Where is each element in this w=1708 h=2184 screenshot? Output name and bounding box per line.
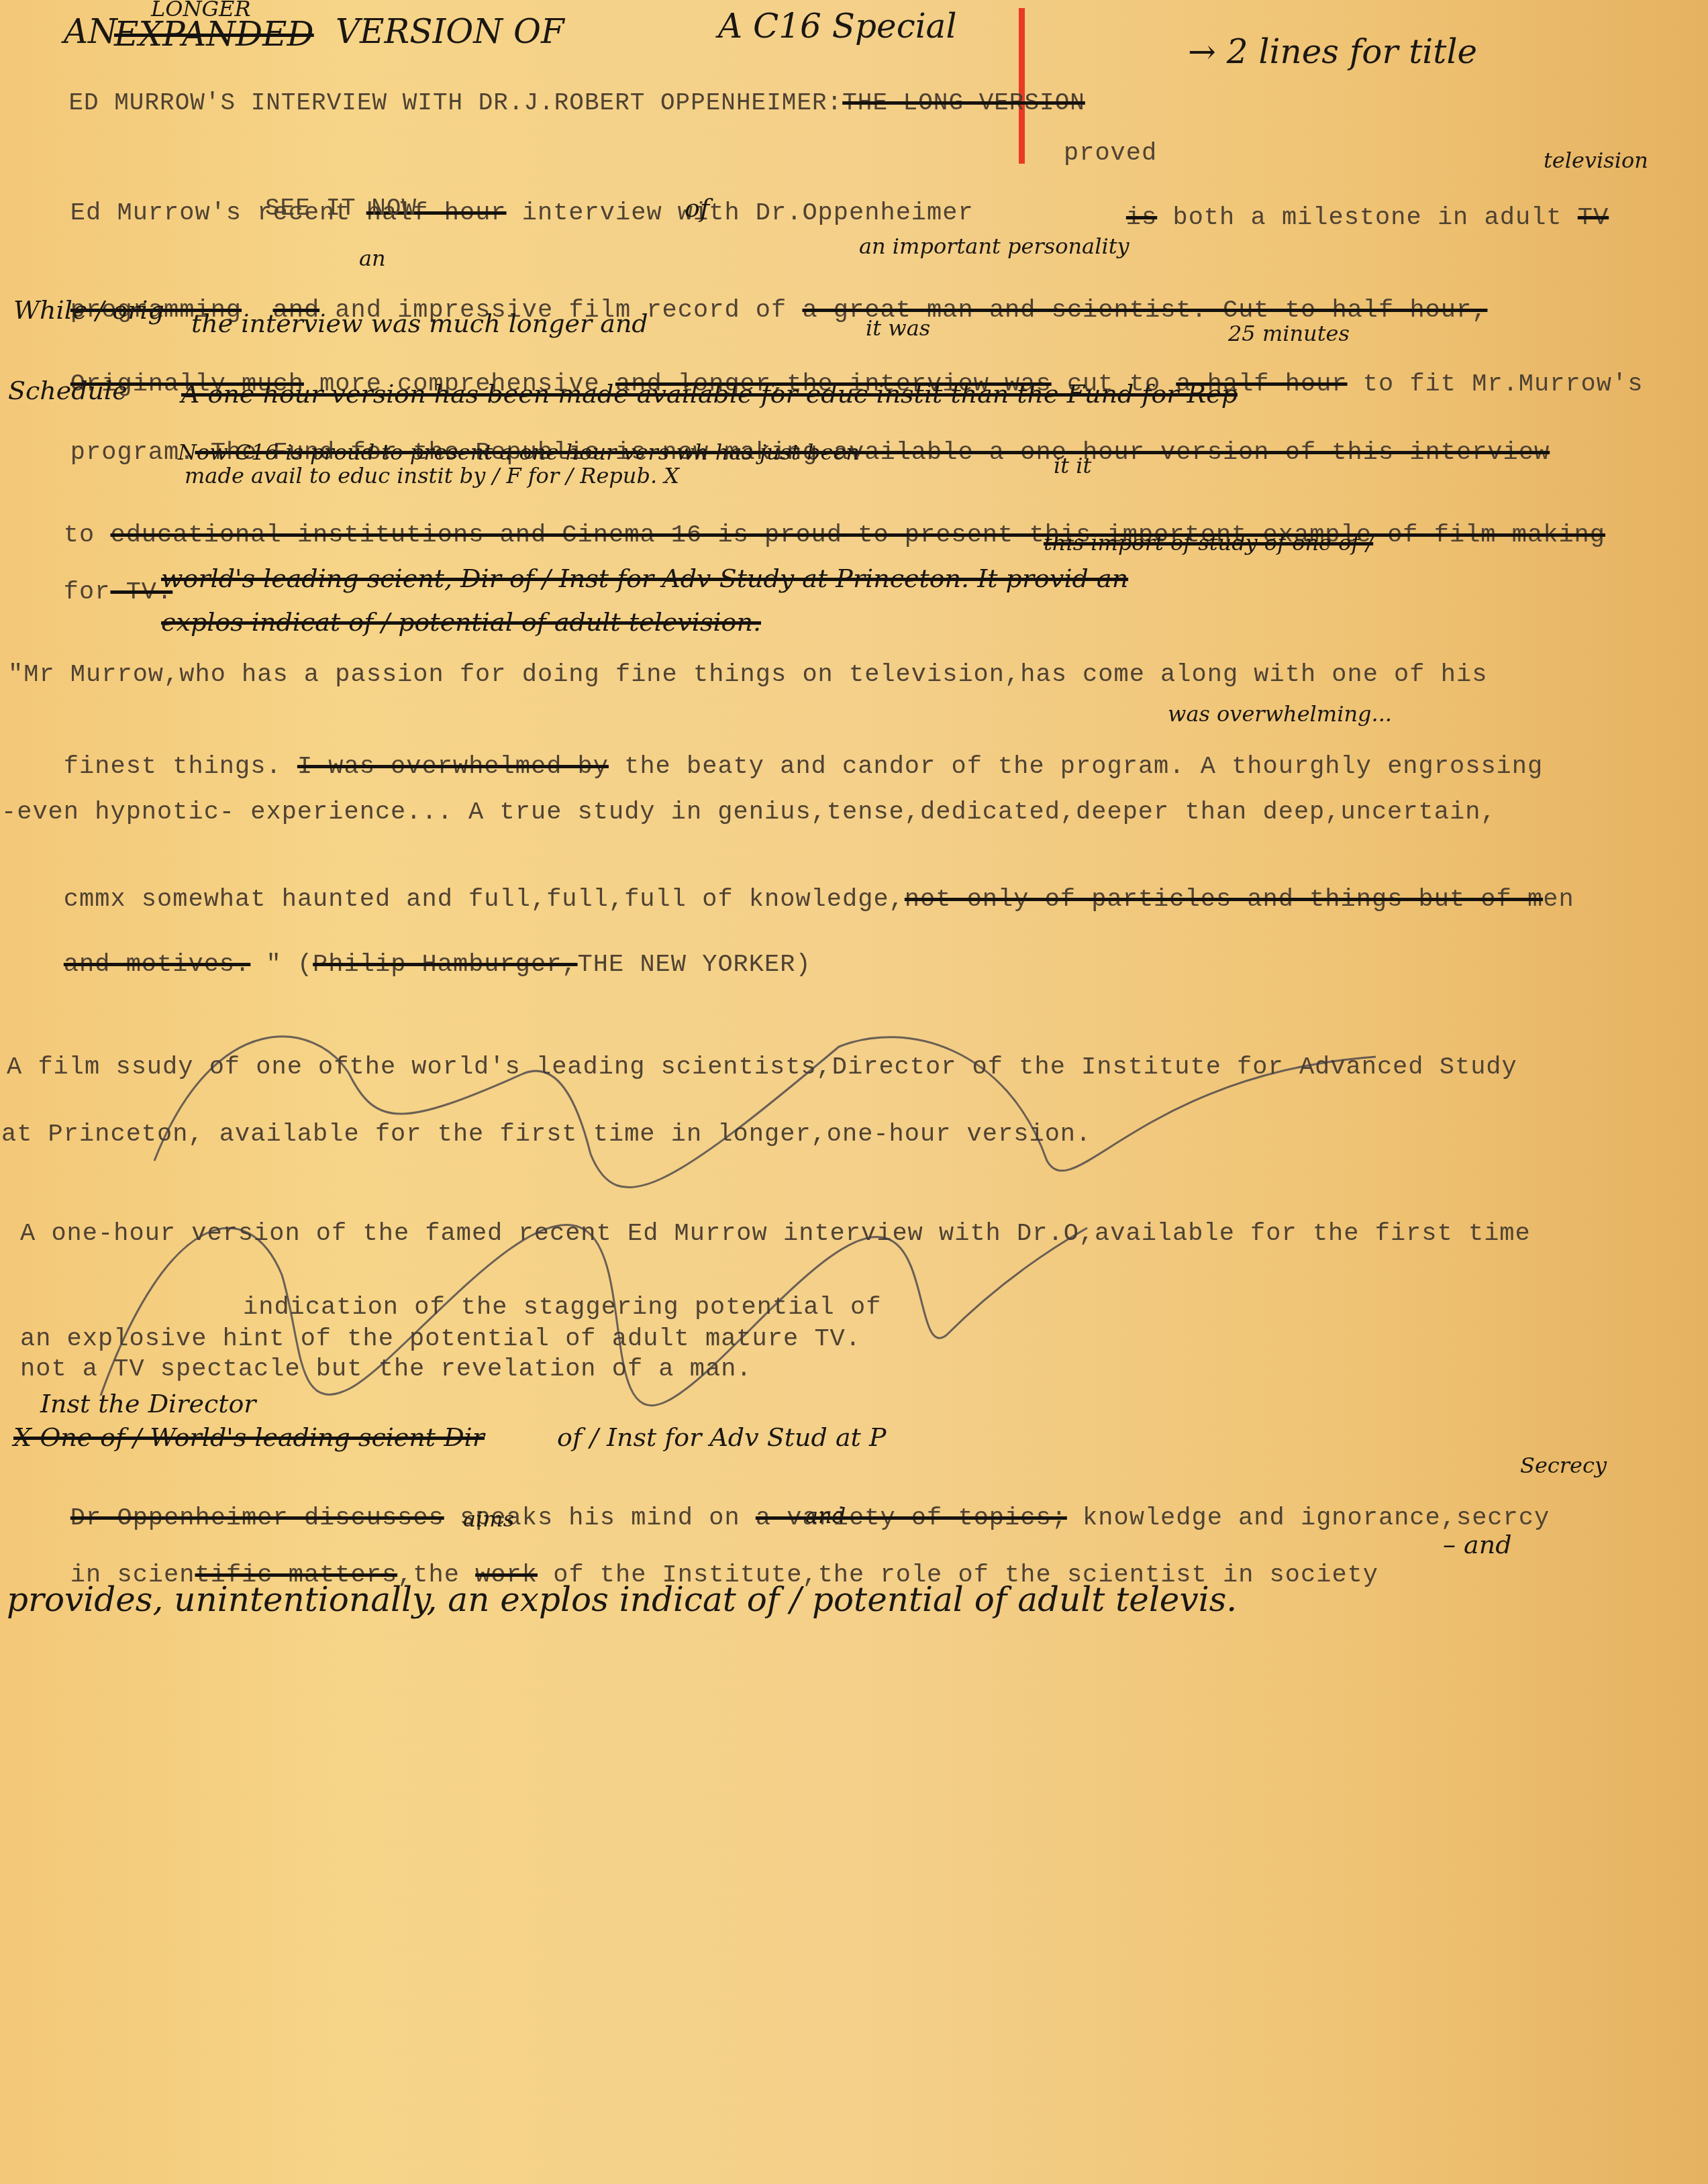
- typed-title: ED MURROW'S INTERVIEW WITH DR.J.ROBERT O…: [8, 62, 1085, 144]
- handwritten-television: television: [1544, 148, 1648, 173]
- handwritten-and: and: [805, 1503, 846, 1528]
- handwritten-line-struck: A one hour version has been made availab…: [181, 379, 1238, 409]
- p1-line1: Ed Murrow's recent half-hour interview w…: [8, 171, 974, 256]
- handwritten-this-import: this import of study of one of /: [1044, 530, 1373, 556]
- handwritten-an: an: [359, 246, 386, 271]
- p3-line2: indication of the staggering potential o…: [243, 1294, 881, 1322]
- handwritten-title-suffix: VERSION OF: [336, 12, 564, 51]
- handwritten-provides: provides, unintentionally, an explos ind…: [7, 1580, 1237, 1619]
- p3-line3: an explosive hint of the potential of ad…: [20, 1325, 861, 1353]
- handwritten-title-prefix: AN: [64, 12, 117, 51]
- document-page: AN EXPANDED LONGER VERSION OF A C16 Spec…: [0, 0, 1708, 2184]
- quote-line3: -even hypnotic- experience... A true stu…: [1, 798, 1497, 827]
- p2-line2: at Princeton, available for the first ti…: [1, 1121, 1091, 1149]
- handwritten-explos-indicat: explos indicat of / potential of adult t…: [161, 607, 761, 637]
- handwritten-insert-longer: LONGER: [151, 0, 251, 21]
- handwritten-was-overwhelming: was overwhelming...: [1168, 701, 1392, 727]
- see-it-now: SEE IT NOW: [265, 195, 417, 222]
- handwritten-important-personality: an important personality: [859, 233, 1129, 259]
- handwritten-it: it it: [1054, 453, 1091, 478]
- quote-line5: and motives. " (Philip Hamburger,THE NEW…: [1, 923, 811, 1007]
- handwritten-aims: aims: [463, 1506, 514, 1532]
- handwritten-corner-note: A C16 Special: [718, 7, 956, 46]
- handwritten-it-was: it was: [866, 315, 930, 341]
- handwritten-inst-director: Inst the Director: [40, 1389, 256, 1418]
- handwritten-made-avail: made avail to educ instit by / F for / R…: [185, 463, 679, 488]
- handwritten-of: of: [685, 193, 709, 223]
- handwritten-schedule: Schedule: [8, 376, 128, 405]
- handwritten-inst-adv-stud: of / Inst for Adv Stud at P: [557, 1422, 887, 1452]
- quote-line1: "Mr Murrow,who has a passion for doing f…: [8, 661, 1487, 689]
- handwritten-struck-leading: X One of / World's leading scient Dir: [13, 1422, 485, 1452]
- handwritten-while-orig: While / orig: [13, 295, 164, 325]
- p3-line4: not a TV spectacle but the revelation of…: [20, 1355, 752, 1384]
- handwritten-now-c16: Now C16 is proud to present a one hour v…: [178, 439, 860, 465]
- p3-line1: A one-hour version of the famed recent E…: [20, 1220, 1531, 1248]
- p2-line1: A film ssudy of one ofthe world's leadin…: [7, 1053, 1517, 1082]
- struck-title-suffix: THE LONG VERSION: [842, 89, 1085, 117]
- margin-note-title: → 2 lines for title: [1188, 32, 1477, 71]
- p1-line10: for TV.: [1, 550, 172, 635]
- handwritten-secrecy: Secrecy: [1520, 1453, 1607, 1478]
- handwritten-and-end: – and: [1443, 1530, 1512, 1559]
- handwritten-interview-longer: the interview was much longer and: [191, 309, 648, 338]
- quote-line2: finest things. I was overwhelmed by the …: [1, 725, 1543, 809]
- p1-line1-right: is both a milestone in adult TV: [1064, 176, 1609, 260]
- handwritten-worlds-leading: world's leading scient, Dir of / Inst fo…: [161, 564, 1128, 593]
- typed-insert-proved: proved: [1064, 140, 1157, 168]
